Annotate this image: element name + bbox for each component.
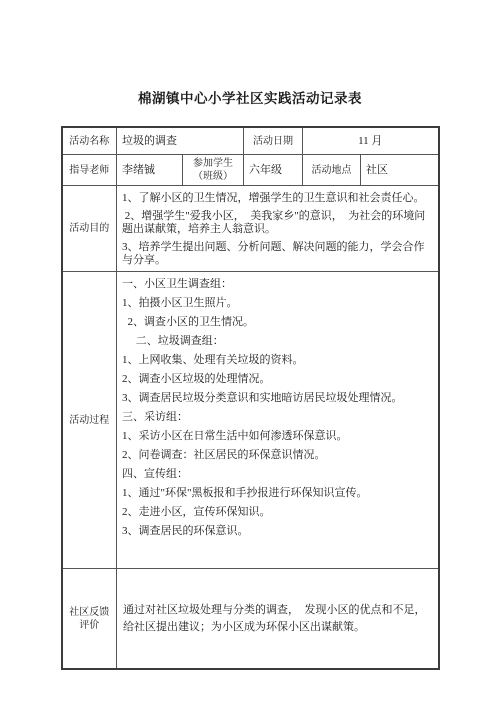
process-item: 3、调查居民的环保意识。 <box>122 525 433 538</box>
feedback-paragraph: 通过对社区垃圾处理与分类的调查， 发现小区的优点和不足， 给社区提出建议；为小区… <box>123 602 432 635</box>
process-item: 一、小区卫生调查组： <box>122 278 433 291</box>
process-item: 2、调查小区的卫生情况。 <box>122 316 433 329</box>
process-item: 2、走进小区，宣传环保知识。 <box>122 506 433 519</box>
purpose-item: 2、增强学生"爱我小区， 美我家乡"的意识， 为社会的环境问题出谋献策，培养主人… <box>122 210 433 236</box>
purpose-content: 1、了解小区的卫生情况，增强学生的卫生意识和社会责任心。 2、增强学生"爱我小区… <box>117 186 439 272</box>
students-label: 参加学生 （班级） <box>183 155 244 186</box>
location-label: 活动地点 <box>303 155 361 186</box>
teacher-label: 指导老师 <box>62 155 117 186</box>
process-item: 1、通过"环保"黑板报和手抄报进行环保知识宣传。 <box>122 487 433 500</box>
location-value: 社区 <box>361 155 439 186</box>
purpose-label: 活动目的 <box>62 186 117 272</box>
activity-record-table: 活动名称 垃圾的调查 活动日期 11 月 指导老师 李绪铖 参加学生 （班级） … <box>61 126 440 670</box>
activity-name-value: 垃圾的调查 <box>117 127 244 155</box>
feedback-label: 社区反馈 评价 <box>62 569 117 670</box>
purpose-item: 3、培养学生提出问题、分析问题、解决问题的能力，学会合作与分享。 <box>122 241 433 267</box>
document-title: 棉湖镇中心小学社区实践活动记录表 <box>0 0 500 107</box>
process-item: 2、问卷调查：社区居民的环保意识情况。 <box>122 449 433 462</box>
row-teacher-students-location: 指导老师 李绪铖 参加学生 （班级） 六年级 活动地点 社区 <box>62 155 439 186</box>
activity-date-label: 活动日期 <box>244 127 303 155</box>
teacher-value: 李绪铖 <box>117 155 183 186</box>
document-page: 棉湖镇中心小学社区实践活动记录表 活动名称 垃圾的调查 活动日期 11 月 指导… <box>0 0 500 708</box>
process-item: 2、调查小区垃圾的处理情况。 <box>122 373 433 386</box>
row-feedback: 社区反馈 评价 通过对社区垃圾处理与分类的调查， 发现小区的优点和不足， 给社区… <box>62 569 439 670</box>
activity-date-value: 11 月 <box>303 127 439 155</box>
process-item: 1、采访小区在日常生活中如何渗透环保意识。 <box>122 430 433 443</box>
purpose-item: 1、了解小区的卫生情况，增强学生的卫生意识和社会责任心。 <box>122 192 433 205</box>
row-process: 活动过程 一、小区卫生调查组： 1、拍摄小区卫生照片。 2、调查小区的卫生情况。… <box>62 272 439 569</box>
process-item: 二、垃圾调查组： <box>122 335 433 348</box>
process-label: 活动过程 <box>62 272 117 569</box>
process-item: 1、拍摄小区卫生照片。 <box>122 297 433 310</box>
process-item: 1、上网收集、处理有关垃圾的资料。 <box>122 354 433 367</box>
row-purpose: 活动目的 1、了解小区的卫生情况，增强学生的卫生意识和社会责任心。 2、增强学生… <box>62 186 439 272</box>
row-activity-name-date: 活动名称 垃圾的调查 活动日期 11 月 <box>62 127 439 155</box>
process-item: 四、宣传组： <box>122 468 433 481</box>
process-item: 3、调查居民垃圾分类意识和实地暗访居民垃圾处理情况。 <box>122 392 433 405</box>
process-item: 三、采访组： <box>122 411 433 424</box>
process-content: 一、小区卫生调查组： 1、拍摄小区卫生照片。 2、调查小区的卫生情况。 二、垃圾… <box>117 272 439 569</box>
feedback-content: 通过对社区垃圾处理与分类的调查， 发现小区的优点和不足， 给社区提出建议；为小区… <box>117 569 439 670</box>
activity-name-label: 活动名称 <box>62 127 117 155</box>
students-grade-value: 六年级 <box>244 155 303 186</box>
